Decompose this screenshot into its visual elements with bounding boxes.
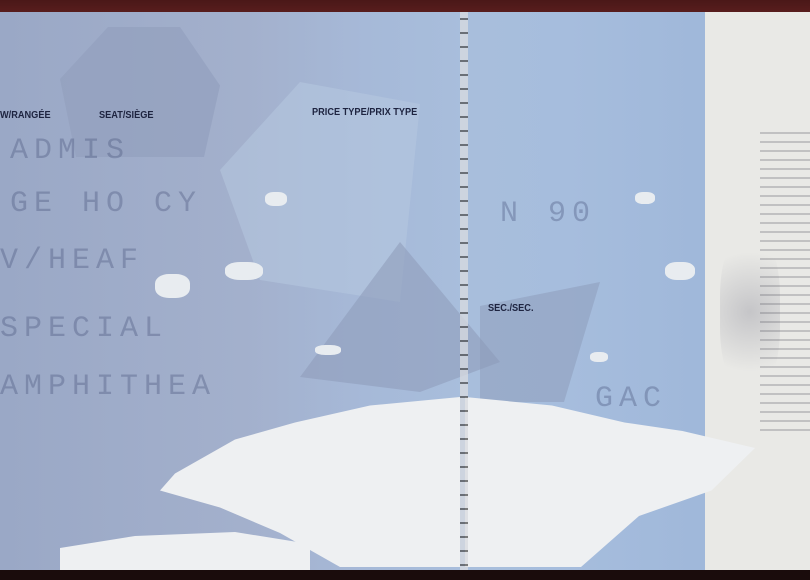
printed-pattern-shape xyxy=(480,282,600,402)
wear-speck xyxy=(225,262,263,280)
stub-fine-print xyxy=(760,132,810,432)
wear-speck xyxy=(265,192,287,206)
price-type-label: PRICE TYPE/PRIX TYPE xyxy=(312,107,417,118)
event-ticket: ADMIS GE HO CY V/HEAF SPECIAL AMPHITHEA … xyxy=(0,12,810,572)
wear-speck xyxy=(665,262,695,280)
faded-print-line: ADMIS xyxy=(10,134,130,168)
faded-print-line: SPECIAL xyxy=(0,312,168,346)
wear-speck xyxy=(590,352,608,362)
worn-area xyxy=(60,532,310,572)
wear-speck xyxy=(635,192,655,204)
wear-speck xyxy=(315,345,341,355)
section-label: SEC./SEC. xyxy=(488,303,534,314)
faded-print-line: V/HEAF xyxy=(0,244,144,278)
faded-print-line: GAC xyxy=(595,382,667,416)
background-surface-bottom xyxy=(0,570,810,580)
faded-print-line: GE HO CY xyxy=(10,187,202,221)
perforation-line xyxy=(460,12,468,572)
faded-print-line: N 90 xyxy=(500,197,596,231)
row-label: W/RANGÉE xyxy=(0,110,51,121)
faded-print-line: AMPHITHEA xyxy=(0,370,216,404)
wear-speck xyxy=(155,274,190,298)
seat-label: SEAT/SIÈGE xyxy=(99,110,154,121)
